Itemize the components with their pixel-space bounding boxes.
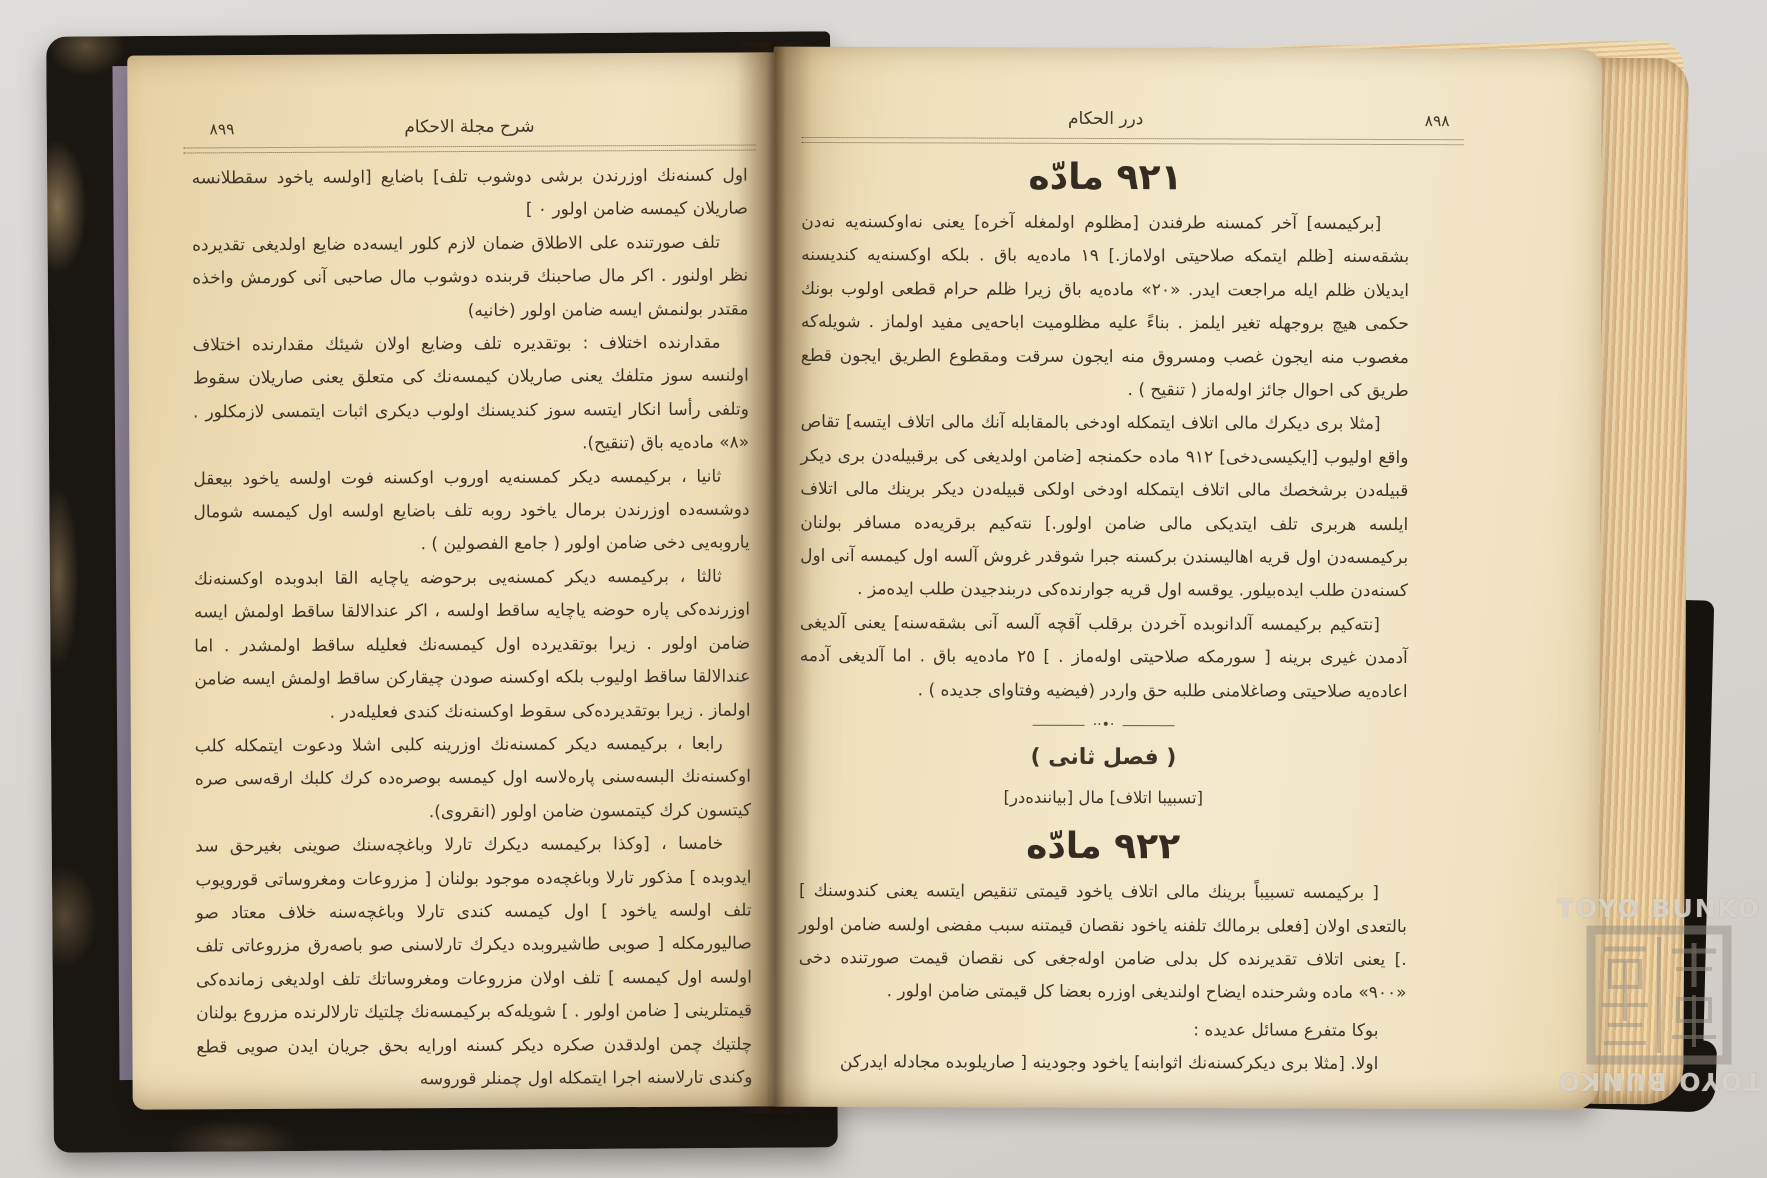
paragraph: تلف صورتنده على الاطلاق ضمان لازم كلور ا…: [192, 226, 749, 329]
header-rule-right: [802, 137, 1464, 145]
paragraph: مقدارنده اختلاف : بوتقديره تلف وضايع اول…: [193, 327, 750, 464]
paragraph: [مثلا برى ديكرك مالى اتلاف ايتمكله اودخى…: [800, 406, 1409, 609]
paragraph: [نته‌كيم بركيمسه آلدانوبده آخردن برقلب آ…: [800, 607, 1408, 709]
right-page-header: ٨٩٨ درر الحكام: [802, 105, 1410, 137]
article-921-heading: ٩٢١ مادّه: [801, 152, 1409, 204]
book-photo: ٨٩٩ شرح مجلة الاحكام اول كسنه‌نك اوزرندن…: [0, 0, 1767, 1178]
left-page-header: ٨٩٩ شرح مجلة الاحكام: [191, 113, 747, 146]
right-running-title: درر الحكام: [1068, 109, 1143, 129]
left-page-text: ٨٩٩ شرح مجلة الاحكام اول كسنه‌نك اوزرندن…: [191, 113, 752, 1098]
header-rule-left: [184, 145, 756, 154]
paragraph: اولا. [مثلا برى ديكركسنه‌نك اثوابنه] ياخ…: [798, 1046, 1406, 1082]
paragraph: رابعا ، بركيمسه ديكر كمسنه‌نك اوزرينه كل…: [195, 727, 752, 830]
paragraph: خامسا ، [وكذا بركيمسه ديكرك تارلا وباغچه…: [195, 828, 752, 1098]
chapter-subtitle: [تسبيبا اتلاف] مال [بياننده‌در]: [799, 779, 1407, 817]
article-922-heading: ٩٢٢ مادّه: [799, 821, 1407, 873]
right-page-number: ٨٩٨: [1425, 108, 1450, 134]
left-page-number: ٨٩٩: [209, 116, 234, 142]
left-running-title: شرح مجلة الاحكام: [404, 117, 534, 138]
chapter-title: ( فصل ثانى ): [799, 735, 1407, 781]
paragraph: ثالثا ، بركيمسه ديكر كمسنه‌يى برحوضه ياچ…: [194, 560, 751, 730]
paragraph: [ بركيمسه تسبيباً برينك مالى اتلاف ياخود…: [799, 875, 1407, 1011]
divider-ornament: ·•··: [800, 717, 1408, 733]
paragraph: بوكا متفرع مسائل عديده :: [798, 1013, 1406, 1049]
paragraph: [بركيمسه] آخر كمسنه طرفندن [مظلوم اولمغل…: [801, 206, 1410, 409]
right-page-text: ٨٩٨ درر الحكام ٩٢١ مادّه [بركيمسه] آخر ك…: [798, 105, 1409, 1082]
paragraph: ثانيا ، بركيمسه ديكر كمسنه‌يه اوروب اوكس…: [193, 460, 750, 563]
paragraph: اول كسنه‌نك اوزرندن برشى دوشوب تلف] باضا…: [192, 160, 748, 230]
